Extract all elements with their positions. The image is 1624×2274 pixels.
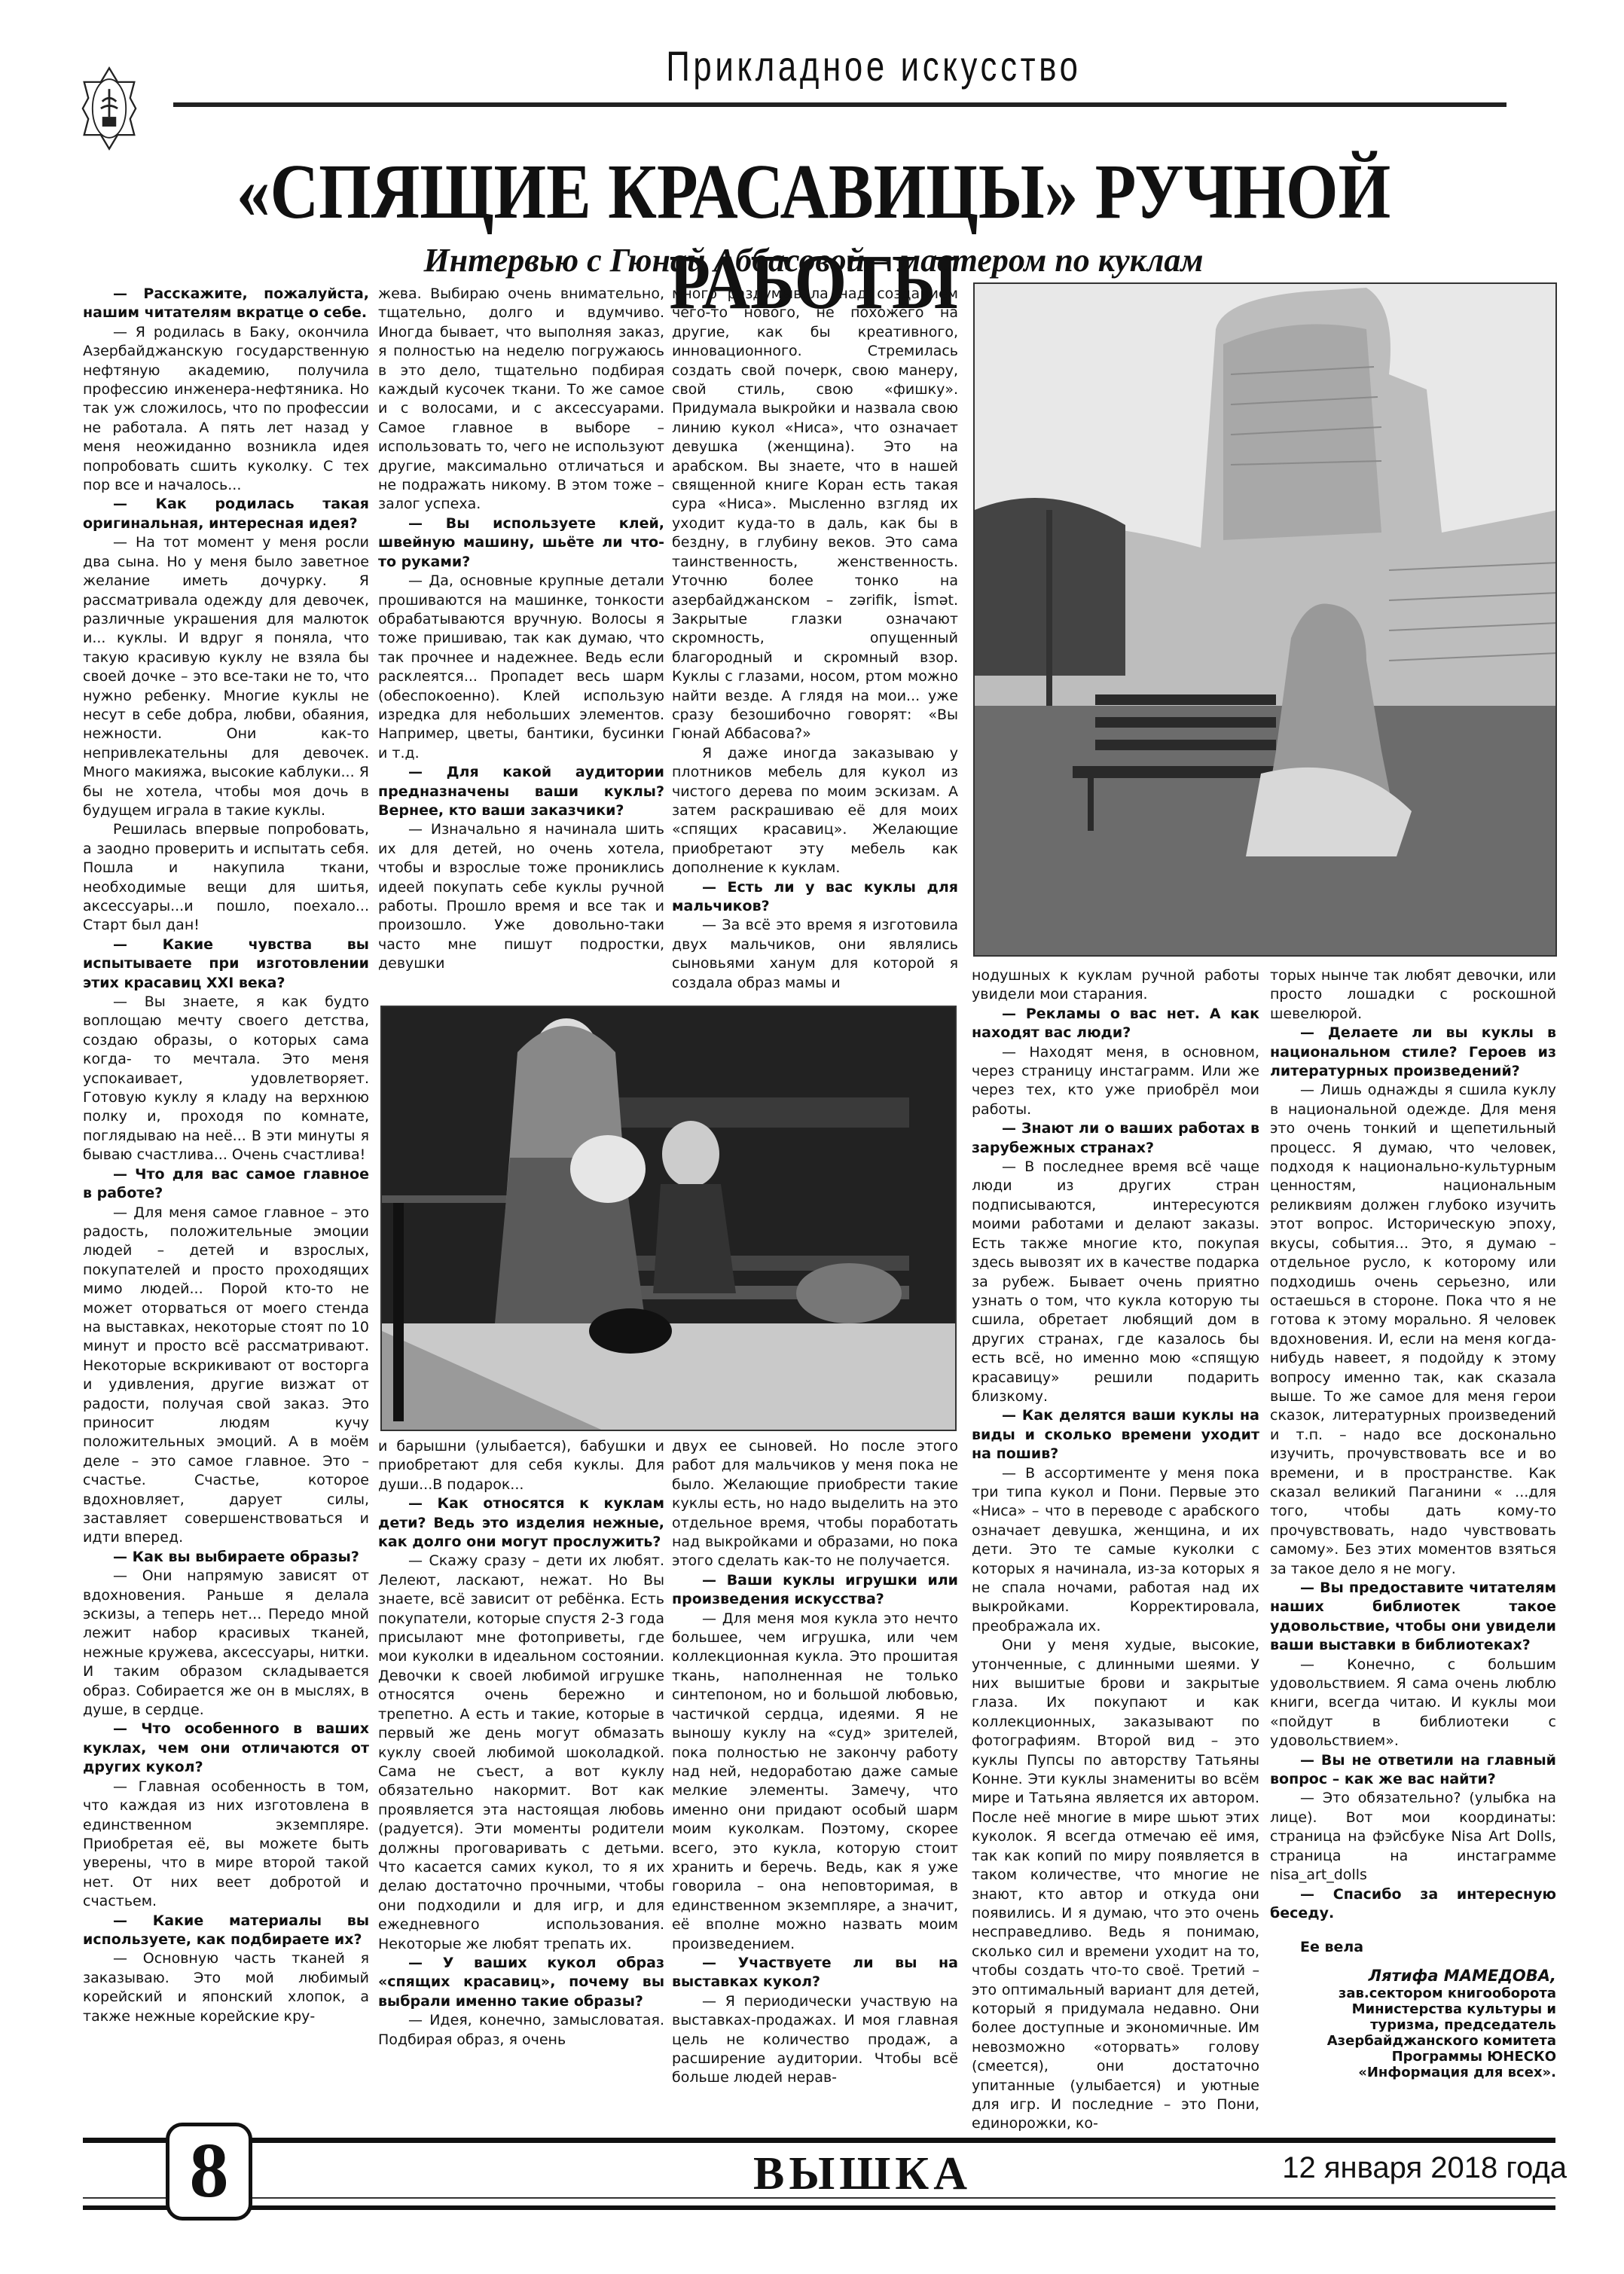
interview-question: — Как делятся ваши куклы на виды и сколь… (972, 1406, 1259, 1464)
interview-question: — Для какой аудитории предназначены ваши… (378, 763, 664, 820)
interview-answer: — В ассортименте у меня пока три типа ку… (972, 1464, 1259, 1637)
interview-answer: — Лишь однажды я сшила куклу в националь… (1270, 1081, 1556, 1579)
interview-answer: — На тот момент у меня росли два сына. Н… (83, 533, 369, 820)
article-subtitle: Интервью с Гюнай Аббасовой – мастером по… (45, 241, 1582, 279)
interview-answer: — Главная особенность в том, что каждая … (83, 1778, 369, 1912)
byline-title: зав.сектором книгооборота Министерства к… (1270, 1986, 1556, 2080)
footer-divider-bottom (83, 2205, 1555, 2210)
interview-answer: Они у меня худые, высокие, утонченные, с… (972, 1636, 1259, 2134)
interview-answer: — За всё это время я изготовила двух мал… (672, 916, 958, 993)
footer-divider-top (83, 2138, 1555, 2143)
interview-answer: нодушных к куклам ручной работы увидели … (972, 966, 1259, 1005)
article-column-3-top: много раздумывала над созданием чего-то … (672, 285, 958, 997)
interview-answer: — Вы знаете, я как будто воплощаю мечту … (83, 993, 369, 1165)
interview-question: — Есть ли у вас куклы для мальчиков? (672, 878, 958, 917)
octagram-emblem-icon (81, 63, 137, 154)
interview-question: — Как вы выбираете образы? (83, 1548, 369, 1567)
interview-question: — Какие материалы вы используете, как по… (83, 1912, 369, 1950)
interview-question: — У ваших кукол образ «спящих красавиц»,… (378, 1954, 664, 2011)
interview-answer: Решилась впервые попробовать, а заодно п… (83, 820, 369, 935)
interview-answer: — Они напрямую зависят от вдохновения. Р… (83, 1567, 369, 1720)
interview-answer: торых нынче так любят девочки, или прост… (1270, 966, 1556, 1024)
interview-question: — Вы не ответили на главный вопрос – как… (1270, 1751, 1556, 1790)
article-column-2-bottom: и барышни (улыбается), бабушки и приобре… (378, 1437, 664, 2115)
interview-question: — Вы предоставите читателям наших библио… (1270, 1579, 1556, 1656)
byline-author: Лятифа МАМЕДОВА, (1270, 1967, 1556, 1986)
byline-lead: Ее вела (1270, 1938, 1556, 1957)
section-title: Прикладное искусство (298, 41, 1450, 90)
doll-by-maiden-tower-photo (973, 282, 1557, 957)
interview-question: — Делаете ли вы куклы в национальном сти… (1270, 1024, 1556, 1081)
interview-answer: — Находят меня, в основном, через страни… (972, 1043, 1259, 1120)
column-5-body: торых нынче так любят девочки, или прост… (1270, 966, 1556, 1923)
interview-answer: — Да, основные крупные детали прошиваютс… (378, 572, 664, 763)
interview-question: — Что для вас самое главное в работе? (83, 1165, 369, 1204)
interview-question: — Как родилась такая оригинальная, интер… (83, 495, 369, 533)
interview-question: — Рекламы о вас нет. А как находят вас л… (972, 1005, 1259, 1043)
interview-answer: — Идея, конечно, замысловатая. Подбирая … (378, 2011, 664, 2050)
interview-answer: и барышни (улыбается), бабушки и приобре… (378, 1437, 664, 1494)
article-column-3-bottom: двух ее сыновей. Но после этого работ дл… (672, 1437, 958, 2115)
interview-question: — Вы используете клей, швейную машину, ш… (378, 514, 664, 572)
interview-answer: — Скажу сразу – дети их любят. Лелеют, л… (378, 1552, 664, 1954)
article-column-4: нодушных к куклам ручной работы увидели … (972, 966, 1259, 2126)
interview-question: — Ваши куклы игрушки или произведения ис… (672, 1571, 958, 1610)
interview-question: — Знают ли о ваших работах в зарубежных … (972, 1119, 1259, 1158)
interview-question: — Спасибо за интересную беседу. (1270, 1885, 1556, 1924)
interview-question: — Расскажите, пожалуйста, нашим читателя… (83, 285, 369, 323)
interview-answer: — Я периодически участвую на выставках-п… (672, 1992, 958, 2088)
article-column-5: торых нынче так любят девочки, или прост… (1270, 966, 1556, 2126)
interview-question: — Какие чувства вы испытываете при изгот… (83, 936, 369, 993)
interview-answer: — Изначально я начинала шить их для дете… (378, 820, 664, 973)
interview-answer: Я даже иногда заказываю у плотников мебе… (672, 744, 958, 878)
interview-answer: — Это обязательно? (улыбка на лице). Вот… (1270, 1789, 1556, 1885)
newspaper-name: ВЫШКА (704, 2147, 1021, 2201)
interview-question: — Что особенного в ваших куклах, чем они… (83, 1720, 369, 1777)
article-column-1: — Расскажите, пожалуйста, нашим читателя… (83, 285, 369, 2115)
page-number: 8 (166, 2123, 252, 2221)
interview-question: — Участвуете ли вы на выставках кукол? (672, 1954, 958, 1992)
interview-question: — Как относятся к куклам дети? Ведь это … (378, 1494, 664, 1552)
article-column-2-top: жева. Выбираю очень внимательно, тщатель… (378, 285, 664, 997)
interview-answer: много раздумывала над созданием чего-то … (672, 285, 958, 744)
issue-date: 12 января 2018 года (1190, 2151, 1567, 2185)
header-divider (173, 102, 1506, 107)
interview-answer: — Я родилась в Баку, окончила Азербайджа… (83, 323, 369, 496)
interview-answer: — Для меня моя кукла это нечто большее, … (672, 1610, 958, 1954)
interview-answer: жева. Выбираю очень внимательно, тщатель… (378, 285, 664, 514)
interview-answer: двух ее сыновей. Но после этого работ дл… (672, 1437, 958, 1571)
interview-answer: — Для меня самое главное – это радость, … (83, 1204, 369, 1548)
interview-answer: — Конечно, с большим удовольствием. Я са… (1270, 1656, 1556, 1751)
interview-answer: — Основную часть тканей я заказываю. Это… (83, 1949, 369, 2026)
dolls-on-bench-photo (380, 1006, 957, 1431)
interview-answer: — В последнее время всё чаще люди из дру… (972, 1158, 1259, 1406)
